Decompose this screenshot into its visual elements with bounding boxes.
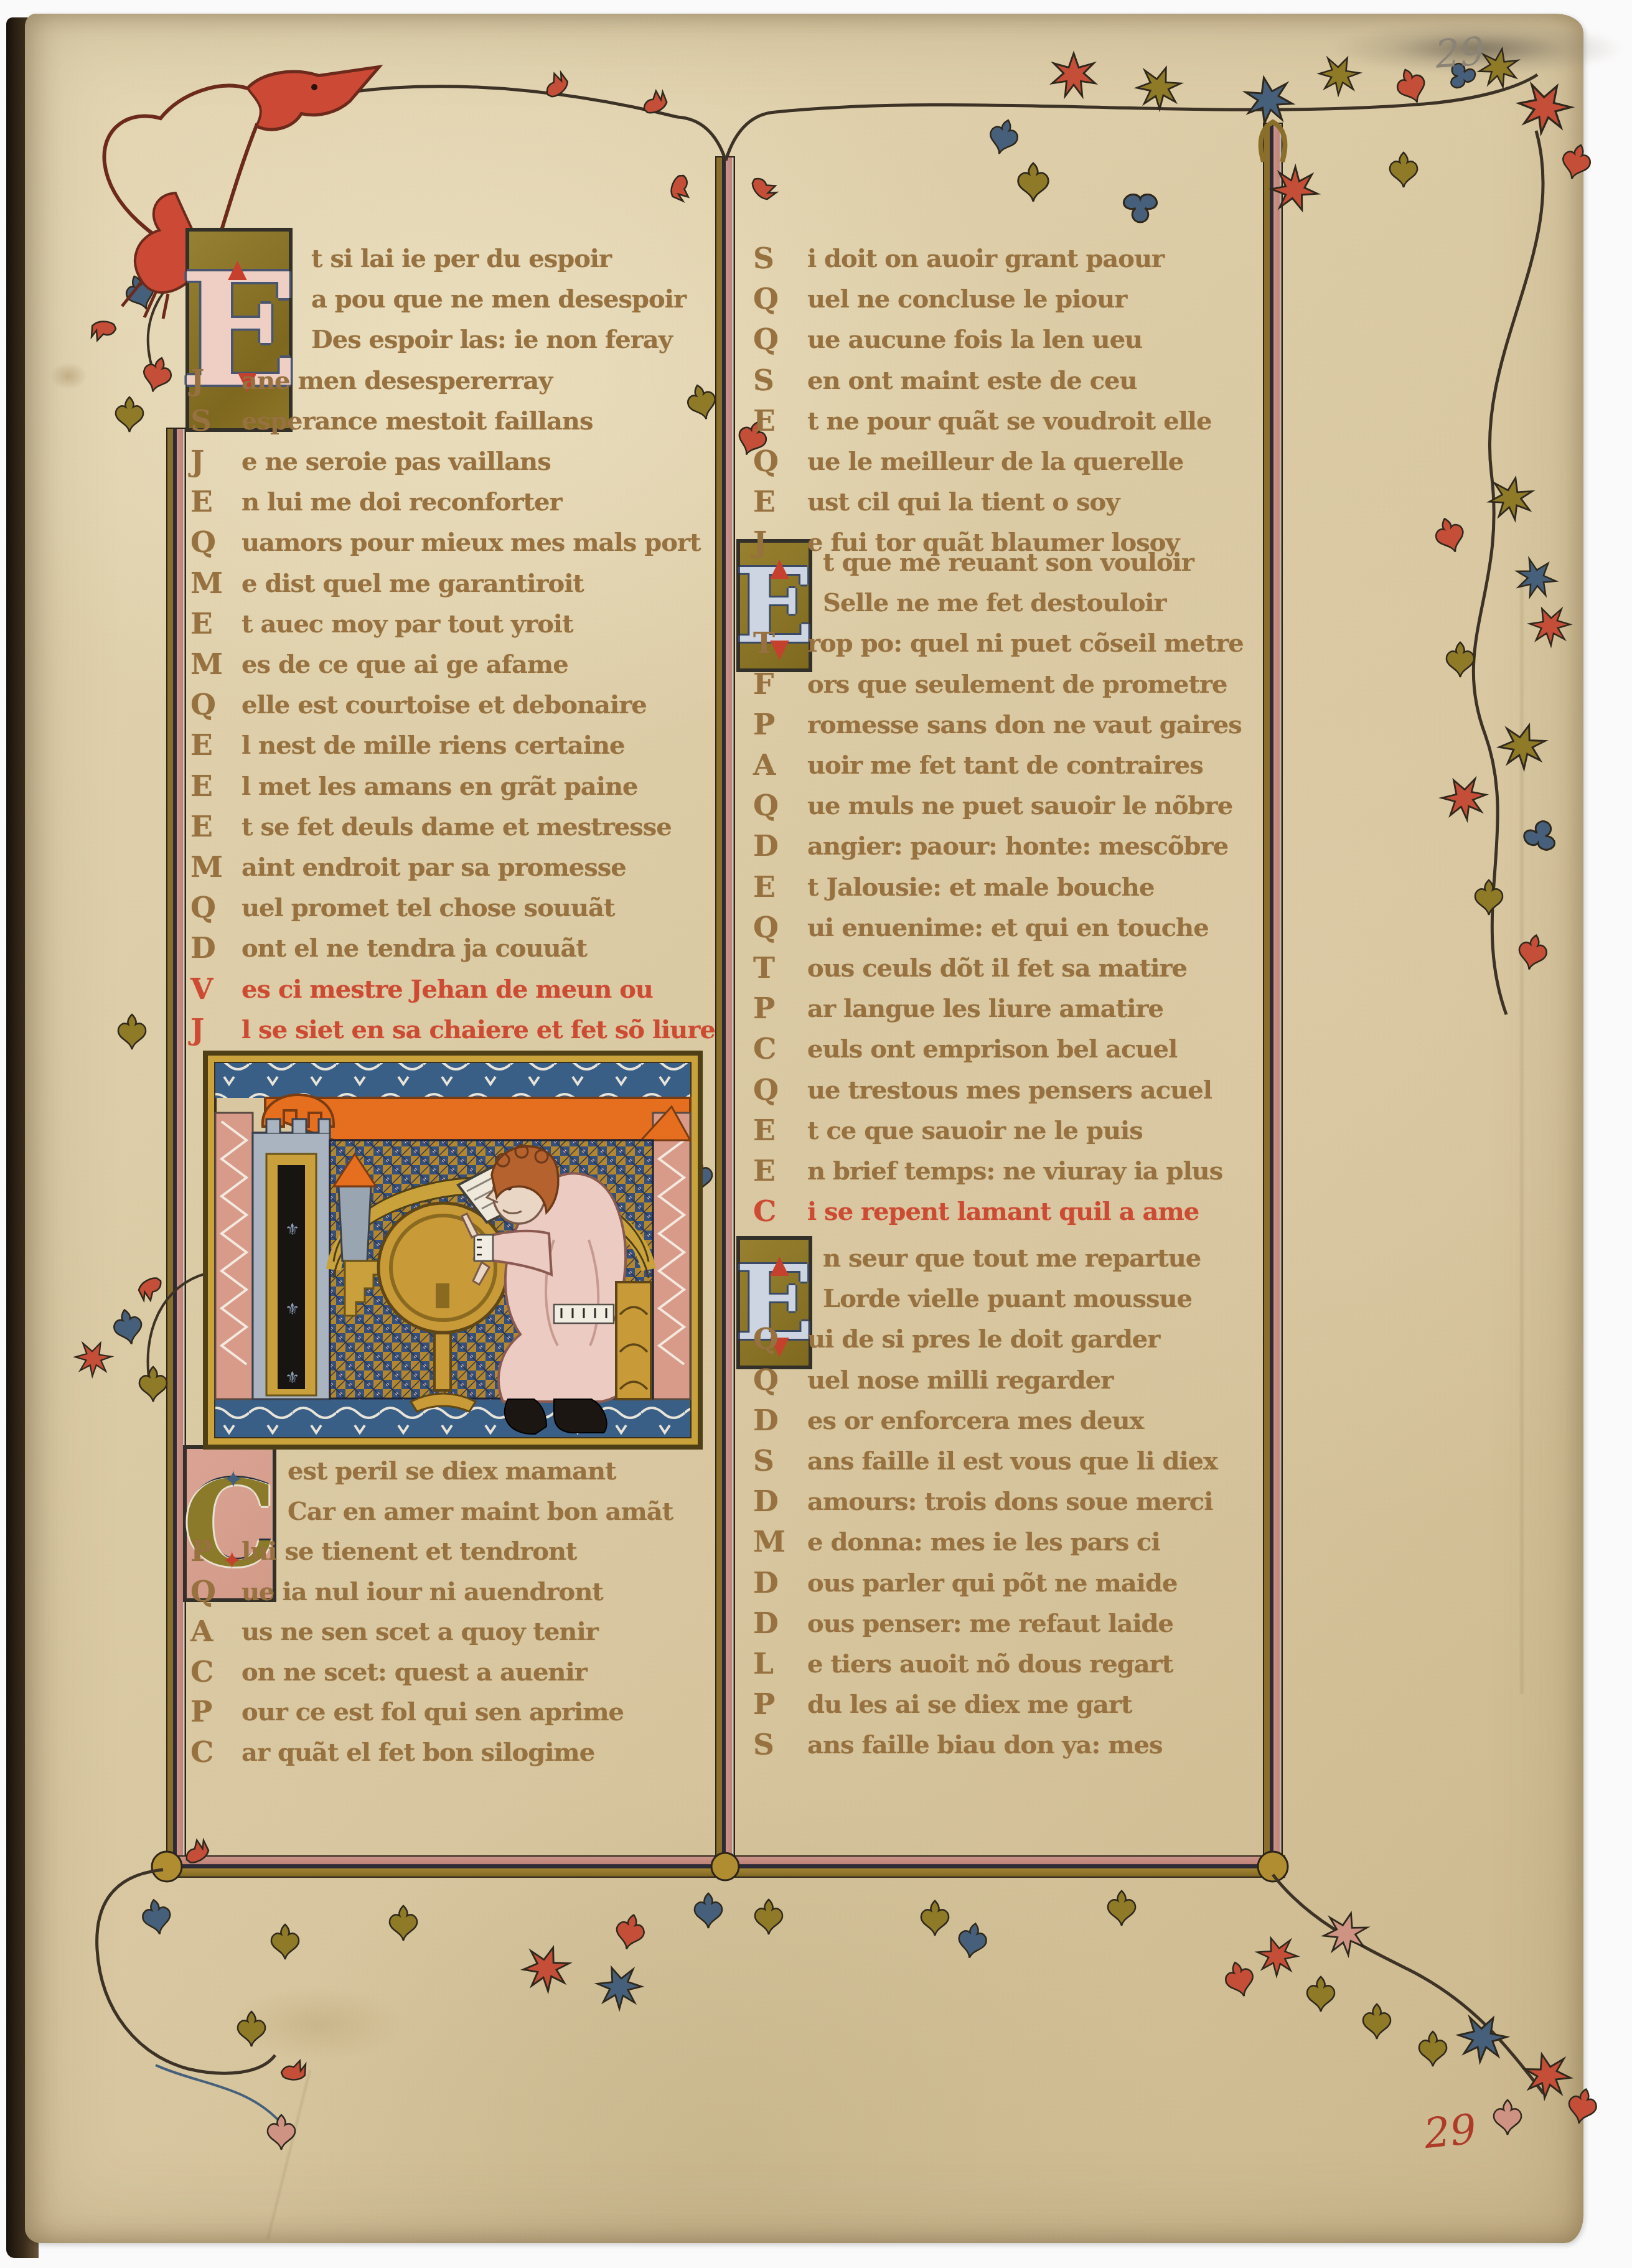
- verse-line: El met les amans en grãt paine: [242, 772, 638, 801]
- line-text: e dist quel me garantiroit: [242, 569, 584, 598]
- verse-line: Dont el ne tendra ja couuãt: [242, 934, 587, 963]
- line-initial: D: [753, 829, 778, 863]
- line-initial: E: [190, 810, 212, 844]
- line-text: ans faille il est vous que li diex: [807, 1446, 1217, 1476]
- line-text: du les ai se diex me gart: [807, 1690, 1132, 1719]
- line-initial: E: [753, 485, 775, 519]
- line-initial: S: [753, 1444, 774, 1478]
- line-initial: Q: [190, 688, 215, 722]
- line-text: l met les amans en grãt paine: [242, 772, 638, 801]
- top-vine: [274, 75, 1537, 161]
- line-text: lui se tienent et tendront: [242, 1537, 577, 1566]
- verse-line: Par langue les liure amatire: [807, 994, 1163, 1023]
- verse-line: Dous parler qui põt ne maide: [807, 1568, 1177, 1598]
- line-text: ui de si pres le doit garder: [807, 1324, 1160, 1354]
- verse-line: Car en amer maint bon amãt: [288, 1497, 673, 1526]
- verse-line: Lorde vielle puant moussue: [823, 1284, 1192, 1313]
- line-initial: V: [190, 972, 212, 1006]
- verse-line: Dangier: paour: honte: mescõbre: [807, 832, 1228, 861]
- wave-border-top: [215, 1063, 690, 1098]
- initial-accent: ▲: [770, 1252, 789, 1277]
- verse-line: El nest de mille riens certaine: [242, 731, 624, 760]
- verse-line: Eust cil qui la tient o soy: [807, 487, 1120, 517]
- verse-line: t si lai ie per du espoir: [311, 244, 611, 273]
- line-initial: J: [190, 1013, 204, 1047]
- verse-line: Fors que seulement de prometre: [807, 670, 1227, 699]
- line-text: ar quãt el fet bon silogime: [242, 1738, 594, 1767]
- line-initial: Q: [753, 789, 778, 823]
- line-initial: C: [753, 1194, 776, 1229]
- line-initial: T: [753, 626, 774, 660]
- line-text: e ne seroie pas vaillans: [242, 447, 551, 476]
- line-initial: E: [190, 728, 212, 762]
- line-initial: E: [190, 607, 212, 641]
- line-initial: Q: [190, 891, 215, 925]
- line-initial: E: [753, 1113, 775, 1148]
- folio-number-red: 29: [1422, 2105, 1479, 2158]
- line-text: n seur que tout me repartue: [823, 1244, 1201, 1273]
- verse-line: Quel nose milli regarder: [807, 1366, 1113, 1395]
- verse-line: Quel promet tel chose souuãt: [242, 893, 614, 922]
- line-initial: L: [753, 1647, 773, 1681]
- line-text: e tiers auoit nõ dous regart: [807, 1649, 1173, 1679]
- verse-line: Que ia nul iour ni auendront: [242, 1577, 603, 1606]
- line-text: rop po: quel ni puet cõseil metre: [807, 629, 1244, 658]
- line-text: a pou que ne men desespoir: [311, 284, 686, 314]
- line-text: ue muls ne puet sauoir le nõbre: [807, 791, 1232, 820]
- verse-line: Dous penser: me refaut laide: [807, 1609, 1173, 1638]
- line-text: es ci mestre Jehan de meun ou: [242, 975, 653, 1004]
- line-initial: C: [753, 1032, 776, 1066]
- line-text: e donna: mes ie les pars ci: [807, 1527, 1160, 1557]
- verse-line: En brief temps: ne viuray ia plus: [807, 1156, 1222, 1186]
- verse-line: Ceuls ont emprison bel acuel: [807, 1034, 1177, 1064]
- verse-line: Promesse sans don ne vaut gaires: [807, 710, 1242, 739]
- verse-line: Qui de si pres le doit garder: [807, 1324, 1160, 1354]
- line-text: euls ont emprison bel acuel: [807, 1034, 1177, 1064]
- line-initial: D: [190, 931, 215, 965]
- line-initial: E: [753, 404, 775, 438]
- line-initial: Q: [753, 911, 778, 945]
- line-text: n brief temps: ne viuray ia plus: [807, 1156, 1222, 1186]
- line-text: ous ceuls dõt il fet sa matire: [807, 954, 1187, 983]
- verse-line: Sans faille il est vous que li diex: [807, 1446, 1217, 1476]
- line-initial: D: [753, 1484, 778, 1519]
- line-text: t ce que sauoir ne le puis: [807, 1116, 1143, 1145]
- svg-text:⚜: ⚜: [285, 1369, 299, 1387]
- line-initial: Q: [190, 1575, 215, 1609]
- svg-text:⚜: ⚜: [285, 1221, 299, 1239]
- verse-line: Maint endroit par sa promesse: [242, 853, 626, 882]
- verse-line: Jane men desespererray: [242, 366, 552, 395]
- line-text: ors que seulement de prometre: [807, 670, 1227, 699]
- line-initial: J: [753, 525, 766, 560]
- photo-background: E ▲ ▼ C ✦ ✦ E ▲ ▼ E ▲ ▼: [0, 0, 1632, 2268]
- line-initial: P: [753, 1687, 774, 1722]
- line-text: ans faille biau don ya: mes: [807, 1730, 1162, 1760]
- line-text: aint endroit par sa promesse: [242, 853, 626, 882]
- verse-line: Damours: trois dons soue merci: [807, 1487, 1212, 1516]
- verse-line: Je ne seroie pas vaillans: [242, 447, 551, 476]
- line-text: Lorde vielle puant moussue: [823, 1284, 1192, 1313]
- line-text: our ce est fol qui sen aprime: [242, 1697, 624, 1727]
- line-text: Car en amer maint bon amãt: [288, 1497, 673, 1526]
- verse-line: Que trestous mes pensers acuel: [807, 1075, 1212, 1105]
- verse-line: Me dist quel me garantiroit: [242, 569, 584, 598]
- verse-line: Selle ne me fet destouloir: [823, 588, 1166, 617]
- miniature-jean-de-meun: ⚜ ⚜ ⚜: [205, 1053, 700, 1447]
- line-initial: M: [190, 566, 222, 601]
- line-text: en ont maint este de ceu: [807, 366, 1137, 395]
- line-initial: C: [190, 1655, 213, 1689]
- line-text: t se fet deuls dame et mestresse: [242, 812, 672, 841]
- line-text: t Jalousie: et male bouche: [807, 873, 1154, 902]
- verse-line: Plui se tienent et tendront: [242, 1537, 577, 1566]
- line-initial: S: [753, 1728, 774, 1762]
- verse-line: Et auec moy par tout yroit: [242, 609, 573, 639]
- verse-line: Car quãt el fet bon silogime: [242, 1738, 594, 1767]
- grey-tower: ⚜ ⚜ ⚜: [253, 1119, 330, 1399]
- line-text: ous penser: me refaut laide: [807, 1609, 1173, 1638]
- rubric-line: Ci se repent lamant quil a ame: [807, 1197, 1199, 1226]
- verse-line: Aus ne sen scet a quoy tenir: [242, 1617, 598, 1646]
- line-text: ust cil qui la tient o soy: [807, 487, 1120, 517]
- line-initial: Q: [753, 1322, 778, 1356]
- line-text: i doit on auoir grant paour: [807, 244, 1164, 273]
- line-initial: F: [753, 667, 773, 701]
- line-text: ar langue les liure amatire: [807, 994, 1163, 1023]
- line-text: t si lai ie per du espoir: [311, 244, 611, 273]
- line-text: ue ia nul iour ni auendront: [242, 1577, 603, 1606]
- line-text: t auec moy par tout yroit: [242, 609, 573, 639]
- verse-line: Auoir me fet tant de contraires: [807, 751, 1203, 780]
- verse-line: Des espoir las: ie non feray: [311, 325, 672, 354]
- folio-number-pencil: 29: [1434, 28, 1486, 77]
- verse-line: Con ne scet: quest a auenir: [242, 1657, 587, 1687]
- line-text: uamors pour mieux mes mals port: [242, 528, 700, 557]
- line-text: ont el ne tendra ja couuãt: [242, 934, 587, 963]
- line-initial: E: [753, 870, 775, 904]
- line-text: t que me reuant son vouloir: [823, 548, 1194, 577]
- line-text: amours: trois dons soue merci: [807, 1487, 1212, 1516]
- verse-line: Et Jalousie: et male bouche: [807, 873, 1154, 902]
- verse-line: Trop po: quel ni puet cõseil metre: [807, 629, 1244, 658]
- verse-line: Me donna: mes ie les pars ci: [807, 1527, 1160, 1557]
- verse-line: t que me reuant son vouloir: [823, 548, 1194, 577]
- verse-line: Sans faille biau don ya: mes: [807, 1730, 1162, 1760]
- verse-line: Et ce que sauoir ne le puis: [807, 1116, 1143, 1145]
- line-text: l nest de mille riens certaine: [242, 731, 624, 760]
- line-text: romesse sans don ne vaut gaires: [807, 710, 1242, 739]
- line-initial: Q: [753, 322, 778, 357]
- rubric-line: Ves ci mestre Jehan de meun ou: [242, 975, 653, 1004]
- bottom-sprays: [97, 1837, 1600, 2150]
- line-initial: D: [753, 1403, 778, 1438]
- line-text: es or enforcera mes deux: [807, 1406, 1143, 1435]
- line-initial: D: [753, 1566, 778, 1600]
- verse-line: n seur que tout me repartue: [823, 1244, 1201, 1273]
- line-initial: E: [190, 485, 212, 519]
- line-text: uoir me fet tant de contraires: [807, 751, 1203, 780]
- line-text: on ne scet: quest a auenir: [242, 1657, 587, 1687]
- line-initial: S: [753, 241, 774, 276]
- line-initial: M: [190, 850, 222, 884]
- line-initial: J: [190, 363, 204, 398]
- line-initial: P: [190, 1695, 212, 1729]
- verse-line: est peril se diex mamant: [288, 1456, 616, 1486]
- line-text: ue aucune fois la len ueu: [807, 325, 1142, 354]
- line-text: ue le meilleur de la querelle: [807, 447, 1183, 476]
- verse-line: Quel ne concluse le piour: [807, 284, 1127, 314]
- line-text: n lui me doi reconforter: [242, 487, 561, 517]
- verse-line: Sesperance mestoit faillans: [242, 406, 593, 436]
- verse-line: Le tiers auoit nõ dous regart: [807, 1649, 1173, 1679]
- line-text: us ne sen scet a quoy tenir: [242, 1617, 598, 1646]
- line-initial: A: [753, 748, 775, 782]
- line-text: l se siet en sa chaiere et fet sõ liure: [242, 1015, 715, 1044]
- line-text: Des espoir las: ie non feray: [311, 325, 672, 354]
- line-initial: C: [190, 1735, 213, 1769]
- line-text: est peril se diex mamant: [288, 1456, 616, 1486]
- line-text: uel nose milli regarder: [807, 1366, 1113, 1395]
- verse-line: Si doit on auoir grant paour: [807, 244, 1164, 273]
- verse-line: En lui me doi reconforter: [242, 487, 561, 517]
- verse-line: Des or enforcera mes deux: [807, 1406, 1143, 1435]
- line-text: uel ne concluse le piour: [807, 284, 1127, 314]
- line-initial: P: [753, 991, 774, 1026]
- line-text: uel promet tel chose souuãt: [242, 893, 614, 922]
- verse-line: Qui enuenime: et qui en touche: [807, 913, 1209, 942]
- right-margin-vine: [1432, 131, 1575, 1015]
- line-initial: S: [753, 363, 774, 398]
- line-text: ue trestous mes pensers acuel: [807, 1075, 1212, 1105]
- line-text: ane men desespererray: [242, 366, 552, 395]
- initial-accent: ▲: [770, 555, 789, 580]
- verse-line: Quamors pour mieux mes mals port: [242, 528, 700, 557]
- line-text: t ne pour quãt se voudroit elle: [807, 406, 1211, 436]
- verse-line: Et ne pour quãt se voudroit elle: [807, 406, 1211, 436]
- line-text: ous parler qui põt ne maide: [807, 1568, 1177, 1598]
- verse-line: Que le meilleur de la querelle: [807, 447, 1183, 476]
- verse-line: Que muls ne puet sauoir le nõbre: [807, 791, 1232, 820]
- svg-text:⚜: ⚜: [285, 1300, 299, 1319]
- verse-line: Pdu les ai se diex me gart: [807, 1690, 1132, 1719]
- line-initial: Q: [753, 1363, 778, 1397]
- verse-line: Tous ceuls dõt il fet sa matire: [807, 954, 1187, 983]
- verse-line: Pour ce est fol qui sen aprime: [242, 1697, 624, 1727]
- line-text: ui enuenime: et qui en touche: [807, 913, 1209, 942]
- line-text: angier: paour: honte: mescõbre: [807, 832, 1228, 861]
- line-initial: Q: [190, 525, 215, 560]
- line-text: elle est courtoise et debonaire: [242, 690, 647, 719]
- line-text: es de ce que ai ge afame: [242, 650, 568, 679]
- line-initial: M: [753, 1525, 785, 1559]
- verse-line: a pou que ne men desespoir: [311, 284, 686, 314]
- verse-line: Mes de ce que ai ge afame: [242, 650, 568, 679]
- line-initial: D: [753, 1606, 778, 1641]
- initial-accent: ▲: [228, 256, 247, 281]
- line-initial: J: [190, 444, 204, 479]
- line-initial: Q: [753, 1073, 778, 1107]
- illuminated-initial-E-right-1: E ▲ ▼: [736, 539, 812, 672]
- line-initial: S: [190, 404, 211, 438]
- line-initial: T: [753, 951, 774, 985]
- rubric-line: Jl se siet en sa chaiere et fet sõ liure: [242, 1015, 715, 1044]
- line-text: i se repent lamant quil a ame: [807, 1197, 1199, 1226]
- line-initial: P: [753, 708, 774, 742]
- line-initial: A: [190, 1614, 212, 1649]
- verse-line: Qelle est courtoise et debonaire: [242, 690, 647, 719]
- illuminated-initial-E-left: E ▲ ▼: [185, 228, 293, 432]
- verse-line: Et se fet deuls dame et mestresse: [242, 812, 672, 841]
- line-initial: E: [753, 1154, 775, 1188]
- verse-line: Sen ont maint este de ceu: [807, 366, 1137, 395]
- line-text: esperance mestoit faillans: [242, 406, 593, 436]
- line-initial: E: [190, 769, 212, 804]
- line-initial: P: [190, 1534, 212, 1568]
- line-initial: Q: [753, 282, 778, 316]
- initial-accent: ✦: [222, 1549, 243, 1573]
- initial-accent: ✦: [223, 1468, 244, 1492]
- line-initial: Q: [753, 444, 778, 479]
- verse-line: Que aucune fois la len ueu: [807, 325, 1142, 354]
- line-text: Selle ne me fet destouloir: [823, 588, 1166, 617]
- line-initial: M: [190, 647, 222, 682]
